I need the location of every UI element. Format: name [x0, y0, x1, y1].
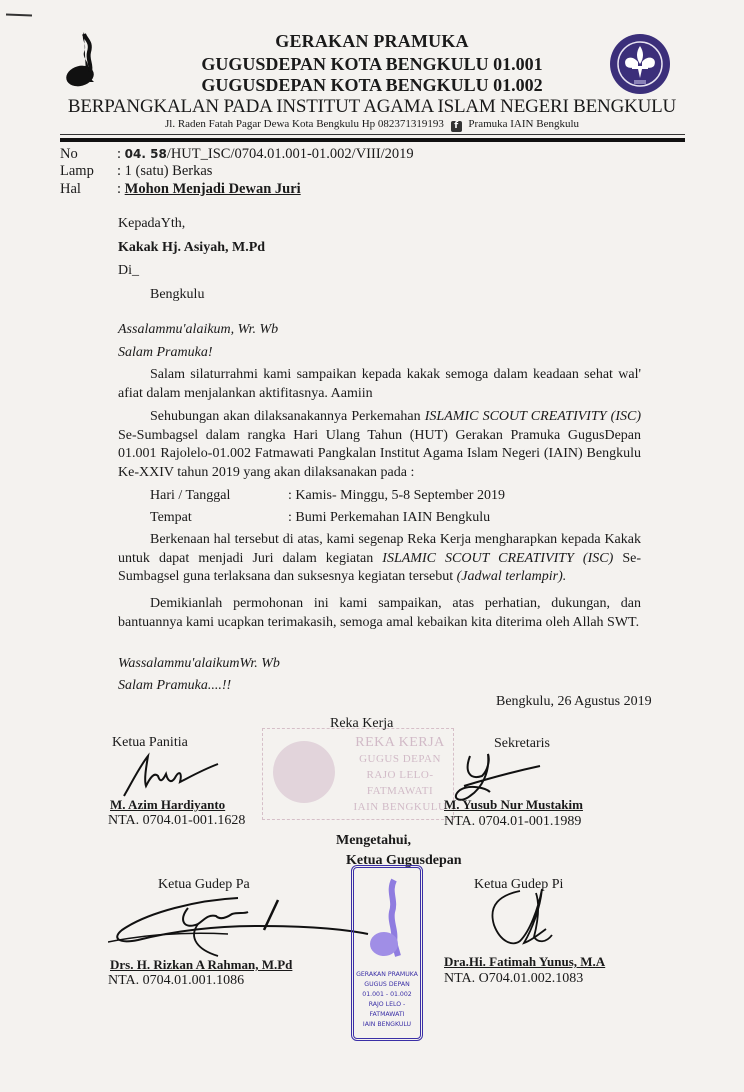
gugusdepan-stamp: GERAKAN PRAMUKA GUGUS DEPAN 01.001 - 01.… [351, 865, 423, 1041]
facebook-page: Pramuka IAIN Bengkulu [468, 118, 579, 130]
recipient-di: Di_ [118, 263, 139, 279]
facebook-icon: f [451, 121, 462, 132]
institution-line: BERPANGKALAN PADA INSTITUT AGAMA ISLAM N… [0, 96, 744, 118]
subject-value: Mohon Menjadi Dewan Juri [125, 181, 301, 197]
subject: Hal: Mohon Menjadi Dewan Juri [60, 181, 301, 198]
nta-ketua-gudep-pi: NTA. O704.01.002.1083 [444, 971, 583, 987]
recipient-city: Bengkulu [150, 287, 204, 303]
salam-pramuka: Salam Pramuka! [118, 344, 641, 363]
paragraph-3: Berkenaan hal tersebut di atas, kami seg… [118, 531, 641, 587]
recipient-name: Kakak Hj. Asiyah, M.Pd [118, 240, 265, 256]
org-name: GERAKAN PRAMUKA [0, 31, 744, 52]
closing-pramuka: Salam Pramuka....!! [118, 677, 641, 696]
paragraph-4: Demikianlah permohonan ini kami sampaika… [118, 595, 641, 632]
role-sekretaris: Sekretaris [494, 736, 550, 752]
detail-place: Tempat: Bumi Perkemahan IAIN Bengkulu [150, 510, 490, 526]
gudep-002: GUGUSDEPAN KOTA BENGKULU 01.002 [0, 75, 744, 96]
paragraph-1: Salam silaturrahmi kami sampaikan kepada… [118, 366, 641, 403]
place-date: Bengkulu, 26 Agustus 2019 [496, 694, 652, 710]
name-ketua-gudep-pi: Dra.Hi. Fatimah Yunus, M.A [444, 954, 605, 970]
stamp-seal-icon [273, 741, 335, 803]
name-ketua-gudep-pa: Drs. H. Rizkan A Rahman, M.Pd [110, 957, 292, 973]
name-sekretaris: M. Yusub Nur Mustakim [444, 797, 583, 813]
stamp-text: REKA KERJA GUGUS DEPAN RAJO LELO-FATMAWA… [345, 735, 455, 815]
nta-sekretaris: NTA. 0704.01-001.1989 [444, 814, 581, 830]
contact-line: Jl. Raden Fatah Pagar Dewa Kota Bengkulu… [0, 118, 744, 132]
role-ketua-gudep-pi: Ketua Gudep Pi [474, 877, 563, 893]
opening-salam: Assalammu'alaikum, Wr. Wb [118, 321, 641, 340]
detail-date: Hari / Tanggal: Kamis- Minggu, 5-8 Septe… [150, 488, 505, 504]
signature-fatimah-icon [480, 885, 570, 965]
reka-kerja-label: Reka Kerja [330, 716, 393, 732]
closing-salam: Wassalammu'alaikumWr. Wb [118, 655, 641, 674]
attachment: Lamp: 1 (satu) Berkas [60, 163, 212, 180]
mengetahui-label: Mengetahui, [336, 833, 411, 849]
paragraph-2: Sehubungan akan dilaksanakannya Perkemah… [118, 408, 641, 483]
signature-rizkan-icon [108, 890, 373, 962]
name-ketua-panitia: M. Azim Hardiyanto [110, 797, 225, 813]
nta-ketua-gudep-pa: NTA. 0704.01.001.1086 [108, 973, 244, 989]
letterhead-rule-thick [60, 138, 685, 142]
recipient-greeting: KepadaYth, [118, 216, 185, 232]
letter-number: No: 04. 58/HUT_ISC/0704.01.001-01.002/VI… [60, 146, 414, 163]
reka-kerja-stamp: REKA KERJA GUGUS DEPAN RAJO LELO-FATMAWA… [262, 728, 454, 820]
role-ketua-gudep-pa: Ketua Gudep Pa [158, 877, 250, 893]
address: Jl. Raden Fatah Pagar Dewa Kota Bengkulu… [165, 118, 444, 130]
signature-azim-icon [118, 752, 228, 800]
scan-mark [6, 14, 32, 17]
stamp-tunas-kelapa-icon [366, 878, 408, 970]
gudep-001: GUGUSDEPAN KOTA BENGKULU 01.001 [0, 54, 744, 75]
letterhead-rule-thin [60, 134, 685, 135]
role-ketua-panitia: Ketua Panitia [112, 735, 188, 751]
handwritten-number: 04. 58 [125, 147, 167, 161]
stamp-gudep-text: GERAKAN PRAMUKA GUGUS DEPAN 01.001 - 01.… [354, 970, 420, 1030]
nta-ketua-panitia: NTA. 0704.01-001.1628 [108, 813, 245, 829]
